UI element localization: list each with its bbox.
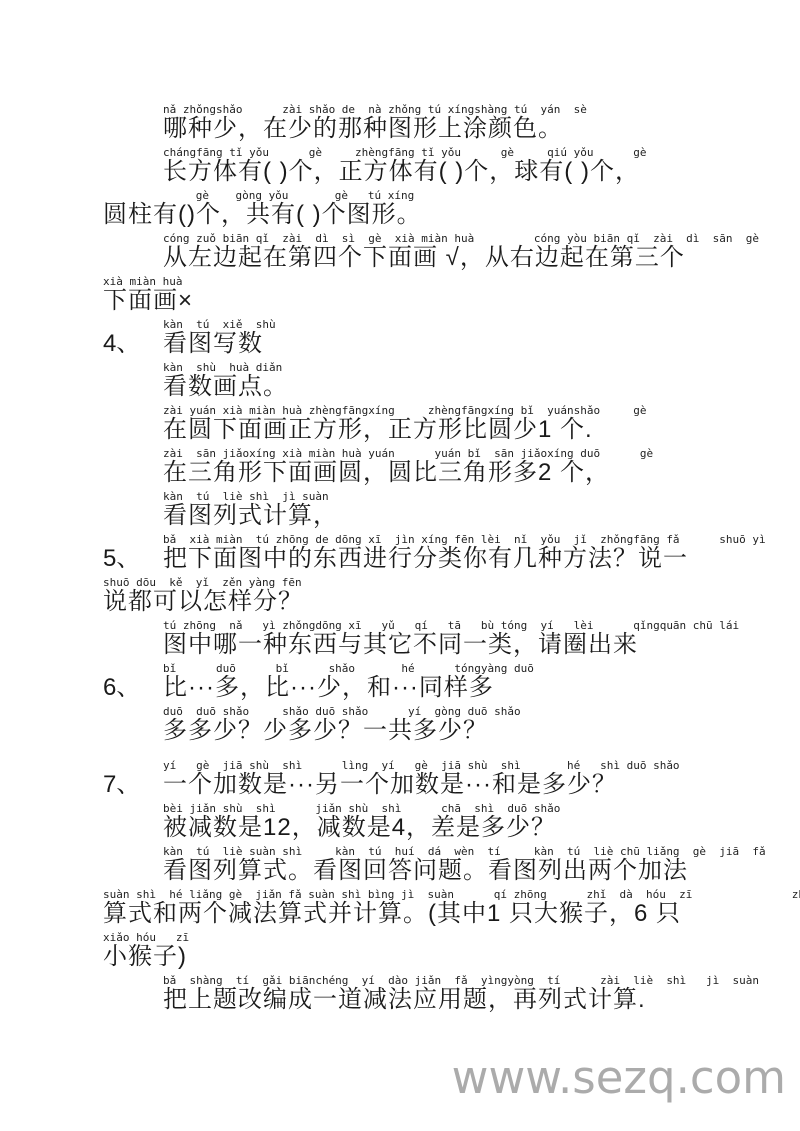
worksheet-line: bèi jiǎn shù shì jiǎn shù shì chā shì du…	[103, 803, 753, 841]
worksheet-line: tú zhōng nǎ yì zhǒngdōng xī yǔ qí tā bù …	[103, 620, 753, 658]
hanzi-text: 长方体有( )个，正方体有( )个，球有( )个，	[163, 159, 646, 185]
line-body: cóng zuǒ biān qǐ zài dì sì gè xià miàn h…	[163, 233, 759, 271]
line-body: bǎ shàng tí gǎi biānchéng yí dào jiǎn fǎ…	[163, 975, 759, 1013]
hanzi-text: 多多少？少多少？一共多少？	[163, 718, 521, 744]
line-body: tú zhōng nǎ yì zhǒngdōng xī yǔ qí tā bù …	[163, 620, 739, 658]
worksheet-line: cóng zuǒ biān qǐ zài dì sì gè xià miàn h…	[103, 233, 753, 271]
hanzi-text: 下面画×	[103, 288, 193, 314]
worksheet-line: kàn tú liè shì jì suàn看图列式计算，	[103, 491, 753, 529]
worksheet-line: zài sān jiǎoxíng xià miàn huà yuán yuán …	[103, 448, 753, 486]
worksheet-line: bǎ shàng tí gǎi biānchéng yí dào jiǎn fǎ…	[103, 975, 753, 1013]
line-body: zài yuán xià miàn huà zhèngfāngxíng zhèn…	[163, 405, 646, 443]
line-body: gè gòng yǒu gè tú xíng圆柱有()个，共有( )个图形。	[103, 190, 422, 228]
worksheet-line: chángfāng tǐ yǒu gè zhèngfāng tǐ yǒu gè …	[103, 147, 753, 185]
hanzi-text: 说都可以怎样分？	[103, 589, 303, 615]
line-body: xiǎo hóu zī小猴子)	[103, 932, 189, 970]
line-body: duō duō shǎo shǎo duō shǎo yí gòng duō s…	[163, 706, 521, 744]
line-body: nǎ zhǒngshǎo zài shǎo de nà zhǒng tú xín…	[163, 104, 587, 142]
hanzi-text: 在圆下面画正方形，正方形比圆少1 个.	[163, 417, 646, 443]
hanzi-text: 把上题改编成一道减法应用题，再列式计算.	[163, 987, 759, 1013]
worksheet-line: nǎ zhǒngshǎo zài shǎo de nà zhǒng tú xín…	[103, 104, 753, 142]
watermark: www.sezq.com	[452, 1054, 786, 1102]
worksheet-line: xiǎo hóu zī小猴子)	[103, 932, 753, 970]
item-number: 5、	[103, 546, 163, 572]
worksheet-line: gè gòng yǒu gè tú xíng圆柱有()个，共有( )个图形。	[103, 190, 753, 228]
hanzi-text: 小猴子)	[103, 944, 189, 970]
worksheet-line: 4、kàn tú xiě shù看图写数	[103, 319, 753, 357]
hanzi-text: 一个加数是···另一个加数是···和是多少？	[163, 772, 680, 798]
line-body: suàn shì hé liǎng gè jiǎn fǎ suàn shì bì…	[103, 889, 800, 927]
worksheet-content: nǎ zhǒngshǎo zài shǎo de nà zhǒng tú xín…	[103, 104, 753, 1018]
hanzi-text: 看图列式计算，	[163, 503, 338, 529]
worksheet-line: suàn shì hé liǎng gè jiǎn fǎ suàn shì bì…	[103, 889, 753, 927]
hanzi-text: 看图列算式。看图回答问题。看图列出两个加法	[163, 858, 766, 884]
worksheet-line: 5、bǎ xià miàn tú zhōng de dōng xī jìn xí…	[103, 534, 753, 572]
worksheet-page: nǎ zhǒngshǎo zài shǎo de nà zhǒng tú xín…	[0, 0, 800, 1131]
line-body: kàn shù huà diǎn看数画点。	[163, 362, 288, 400]
item-number: 7、	[103, 772, 163, 798]
line-body: bèi jiǎn shù shì jiǎn shù shì chā shì du…	[163, 803, 560, 841]
worksheet-line: shuō dōu kě yǐ zěn yàng fēn说都可以怎样分？	[103, 577, 753, 615]
hanzi-text: 算式和两个减法算式并计算。(其中1 只大猴子，6 只	[103, 901, 800, 927]
line-body: yí gè jiā shù shì lìng yí gè jiā shù shì…	[163, 760, 680, 798]
item-number: 4、	[103, 331, 163, 357]
worksheet-line: kàn shù huà diǎn看数画点。	[103, 362, 753, 400]
hanzi-text: 从左边起在第四个下面画 √，从右边起在第三个	[163, 245, 759, 271]
hanzi-text: 在三角形下面画圆，圆比三角形多2 个，	[163, 460, 653, 486]
worksheet-line: kàn tú liè suàn shì kàn tú huí dá wèn tí…	[103, 846, 753, 884]
hanzi-text: 看图写数	[163, 331, 276, 357]
hanzi-text: 看数画点。	[163, 374, 288, 400]
worksheet-line: 6、bǐ duō bǐ shǎo hé tóngyàng duō比···多，比·…	[103, 663, 753, 701]
line-body: chángfāng tǐ yǒu gè zhèngfāng tǐ yǒu gè …	[163, 147, 646, 185]
hanzi-text: 把下面图中的东西进行分类你有几种方法？说一	[163, 546, 766, 572]
hanzi-text: 哪种少，在少的那种图形上涂颜色。	[163, 116, 587, 142]
line-body: zài sān jiǎoxíng xià miàn huà yuán yuán …	[163, 448, 653, 486]
hanzi-text: 圆柱有()个，共有( )个图形。	[103, 202, 422, 228]
line-body: kàn tú xiě shù看图写数	[163, 319, 276, 357]
line-body: shuō dōu kě yǐ zěn yàng fēn说都可以怎样分？	[103, 577, 303, 615]
line-body: kàn tú liè shì jì suàn看图列式计算，	[163, 491, 338, 529]
worksheet-line: zài yuán xià miàn huà zhèngfāngxíng zhèn…	[103, 405, 753, 443]
hanzi-text: 图中哪一种东西与其它不同一类，请圈出来	[163, 632, 739, 658]
worksheet-line: 7、yí gè jiā shù shì lìng yí gè jiā shù s…	[103, 760, 753, 798]
worksheet-line: xià miàn huà下面画×	[103, 276, 753, 314]
hanzi-text: 被减数是12，减数是4，差是多少？	[163, 815, 560, 841]
worksheet-line: duō duō shǎo shǎo duō shǎo yí gòng duō s…	[103, 706, 753, 744]
line-body: bǎ xià miàn tú zhōng de dōng xī jìn xíng…	[163, 534, 766, 572]
line-body: kàn tú liè suàn shì kàn tú huí dá wèn tí…	[163, 846, 766, 884]
line-body: bǐ duō bǐ shǎo hé tóngyàng duō比···多，比···…	[163, 663, 534, 701]
item-number: 6、	[103, 675, 163, 701]
line-body: xià miàn huà下面画×	[103, 276, 193, 314]
hanzi-text: 比···多，比···少，和···同样多	[163, 675, 534, 701]
